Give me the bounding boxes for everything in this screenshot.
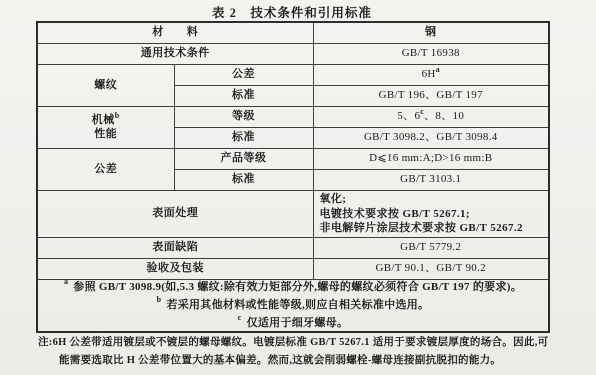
material-value: 钢 — [313, 22, 549, 44]
product-grade-label: 产品等级 — [174, 149, 313, 170]
mechanical-group-label: 机械b性能 — [37, 107, 174, 149]
surface-treatment-line-3: 非电解锌片涂层技术要求按 GB/T 5267.2 — [320, 221, 543, 236]
product-grade-value: D⩽16 mm:A;D>16 mm:B — [313, 149, 549, 170]
row-mechanical-grade: 机械b性能 等级 5、6c、8、10 — [37, 107, 549, 128]
row-thread-tolerance: 螺纹 公差 6Ha — [37, 65, 549, 86]
mechanical-standard-label: 标准 — [174, 128, 313, 149]
surface-treatment-line-1: 氧化; — [320, 192, 543, 207]
tolerance-group-label: 公差 — [37, 149, 174, 191]
footnote-a-text: 参照 GB/T 3098.9(如,5.3 螺纹:除有效力矩部分外,螺母的螺纹必须… — [73, 281, 522, 293]
footnote-b-text: 若采用其他材料或性能等级,则应自相关标准中选用。 — [166, 299, 429, 311]
row-general-conditions: 通用技术条件 GB/T 16938 — [37, 44, 549, 65]
table-title: 表 2 技术条件和引用标准 — [36, 3, 548, 21]
surface-treatment-label: 表面处理 — [37, 191, 313, 238]
footnote-c-text: 仅适用于细牙螺母。 — [247, 317, 349, 329]
surface-defects-label: 表面缺陷 — [37, 237, 313, 258]
footnote-c-marker: c — [238, 313, 242, 322]
row-surface-treatment: 表面处理 氧化; 电镀技术要求按 GB/T 5267.1; 非电解锌片涂层技术要… — [37, 191, 549, 238]
general-conditions-value: GB/T 16938 — [313, 44, 549, 65]
general-conditions-label: 通用技术条件 — [37, 44, 313, 65]
footnote-marker-a-ref: a — [436, 65, 440, 74]
note-line-1: 注:6H 公差带适用镀层或不镀层的螺母螺纹。电镀层标准 GB/T 5267.1 … — [38, 334, 590, 352]
note-line-2: 能需要选取比 H 公差带位置大的基本偏差。然而,这就会削弱螺栓-螺母连接副抗脱扣… — [38, 352, 590, 370]
surface-treatment-line-2: 电镀技术要求按 GB/T 5267.1; — [320, 207, 543, 222]
footnote-c: c仅适用于细牙螺母。 — [44, 317, 542, 330]
footnote-a: a参照 GB/T 3098.9(如,5.3 螺纹:除有效力矩部分外,螺母的螺纹必… — [44, 281, 542, 294]
mechanical-standard-value: GB/T 3098.2、GB/T 3098.4 — [313, 128, 549, 149]
thread-standard-label: 标准 — [174, 86, 313, 107]
row-acceptance-packaging: 验收及包装 GB/T 90.1、GB/T 90.2 — [37, 258, 549, 279]
footnote-marker-b-ref: b — [115, 111, 120, 120]
table-note: 注:6H 公差带适用镀层或不镀层的螺母螺纹。电镀层标准 GB/T 5267.1 … — [38, 334, 590, 369]
surface-defects-value: GB/T 5779.2 — [313, 237, 549, 258]
thread-tolerance-value: 6Ha — [313, 65, 549, 86]
mechanical-grade-value: 5、6c、8、10 — [313, 107, 549, 128]
footnote-marker-c-ref: c — [420, 107, 424, 116]
footnote-b-marker: b — [157, 295, 162, 304]
surface-treatment-value: 氧化; 电镀技术要求按 GB/T 5267.1; 非电解锌片涂层技术要求按 GB… — [313, 191, 549, 238]
technical-conditions-table: 材 料 钢 通用技术条件 GB/T 16938 螺纹 公差 6Ha 标准 GB/… — [36, 21, 550, 333]
note-prefix: 注: — [38, 337, 53, 348]
material-label: 材 料 — [37, 22, 313, 44]
thread-group-label: 螺纹 — [37, 65, 174, 107]
thread-tolerance-label: 公差 — [174, 65, 313, 86]
footnote-a-marker: a — [64, 279, 68, 286]
row-material: 材 料 钢 — [37, 22, 549, 44]
acceptance-packaging-value: GB/T 90.1、GB/T 90.2 — [313, 258, 549, 279]
tolerance-standard-value: GB/T 3103.1 — [313, 170, 549, 191]
acceptance-packaging-label: 验收及包装 — [37, 258, 313, 279]
mechanical-grade-label: 等级 — [174, 107, 313, 128]
footnote-b: b若采用其他材料或性能等级,则应自相关标准中选用。 — [44, 299, 542, 312]
thread-standard-value: GB/T 196、GB/T 197 — [313, 86, 549, 107]
footnotes-block: a参照 GB/T 3098.9(如,5.3 螺纹:除有效力矩部分外,螺母的螺纹必… — [37, 279, 549, 332]
document-page: 表 2 技术条件和引用标准 材 料 钢 通用技术条件 GB/T 16938 螺纹… — [0, 0, 596, 375]
row-footnotes: a参照 GB/T 3098.9(如,5.3 螺纹:除有效力矩部分外,螺母的螺纹必… — [37, 279, 549, 332]
tolerance-standard-label: 标准 — [174, 170, 313, 191]
row-product-grade: 公差 产品等级 D⩽16 mm:A;D>16 mm:B — [37, 149, 549, 170]
row-surface-defects: 表面缺陷 GB/T 5779.2 — [37, 237, 549, 258]
